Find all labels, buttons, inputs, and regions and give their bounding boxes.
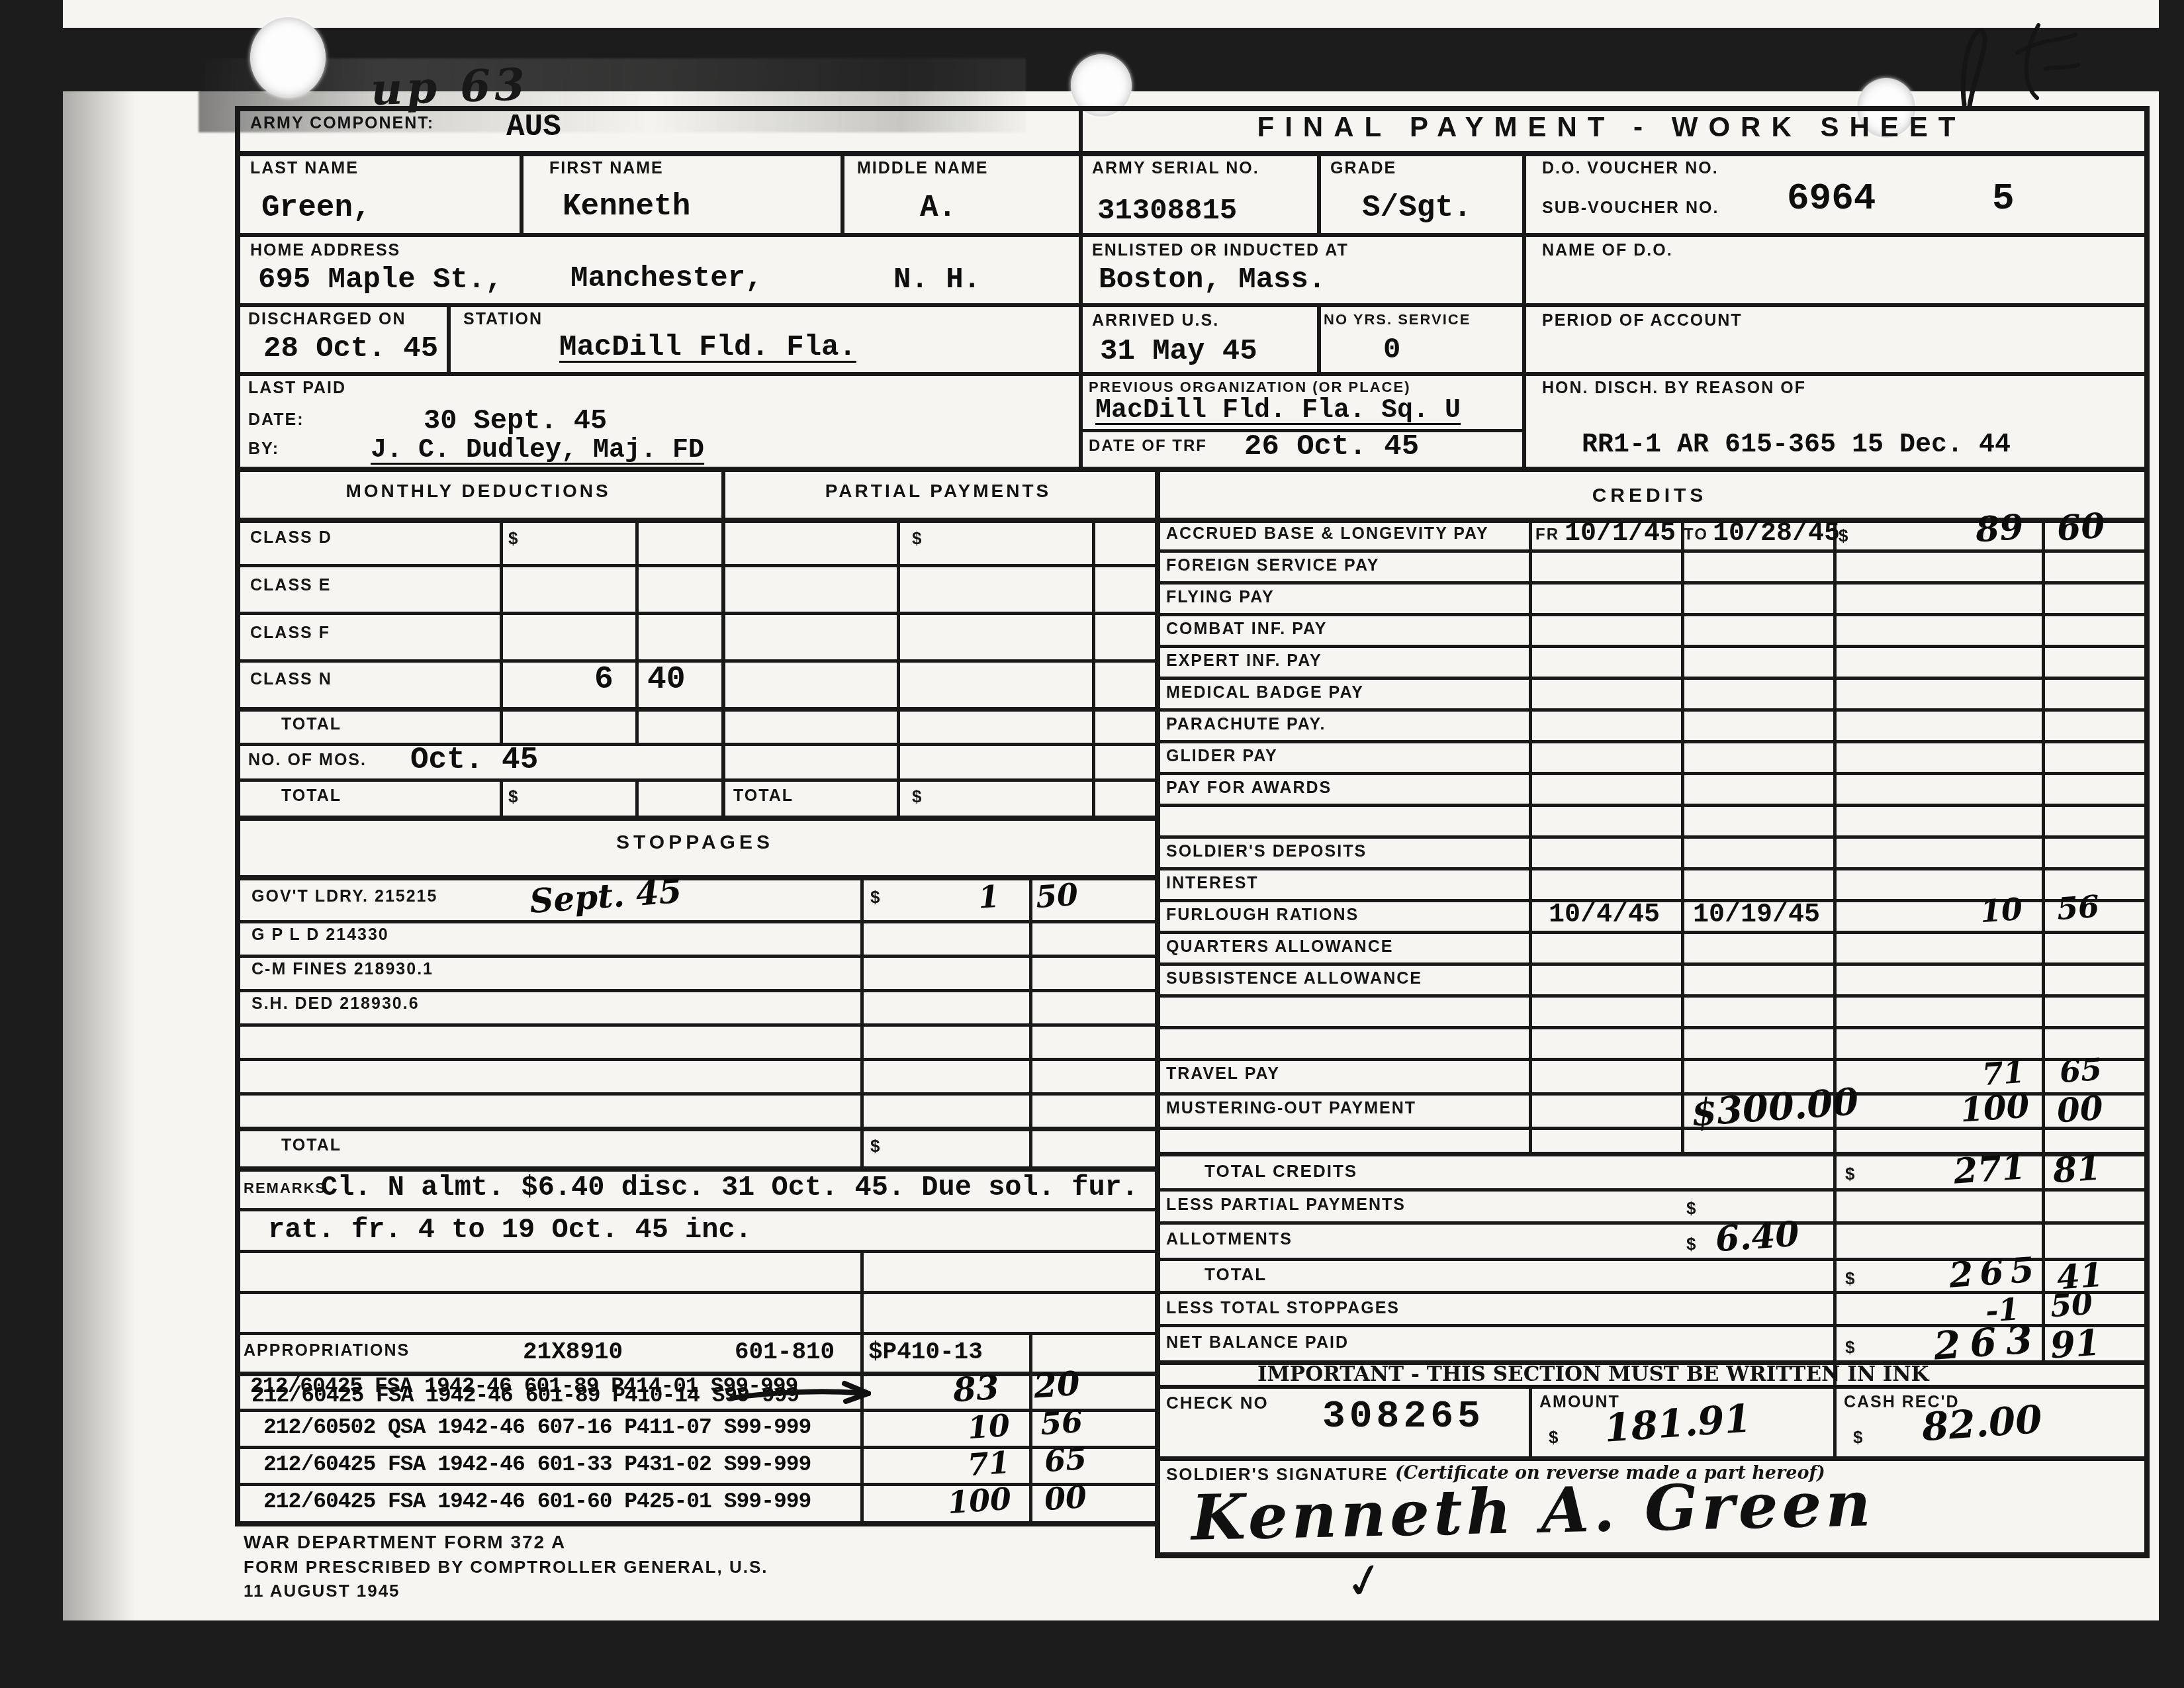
appropriation-code-2: 601-810 [735,1338,835,1366]
cash-dollar-sign: $ [1853,1427,1864,1448]
last-paid-date-label: DATE: [248,410,304,430]
handwritten-corner-mark [1939,5,2105,111]
rule-line [635,778,639,818]
footer-form-number: WAR DEPARTMENT FORM 372 A [244,1532,566,1553]
rule-line [235,920,1155,923]
less-stoppages-label: LESS TOTAL STOPPAGES [1166,1299,1400,1318]
accrued-to-label: TO [1684,526,1708,544]
discharged-label: DISCHARGED ON [248,310,406,329]
deductions-total-dollar: $ [508,786,519,807]
allotments-dollar: $ [1686,1234,1697,1254]
class-n-amount: 6 [594,662,614,698]
credit-row-label: COMBAT INF. PAY [1166,620,1327,639]
less-partial-label: LESS PARTIAL PAYMENTS [1166,1196,1406,1215]
furlough-cents: 56 [2056,888,2101,927]
arrived-value: 31 May 45 [1100,335,1257,368]
accrued-amount: 89 [1974,507,2025,551]
rule-line [1155,677,2148,680]
rule-line [841,151,844,233]
stoppage-dollar-sign: $ [870,887,881,908]
appropriation-amount: 100 [946,1481,1013,1521]
scan-left-band [0,0,63,1688]
remarks-line-1: Cl. N almt. $6.40 disc. 31 Oct. 45. Due … [321,1172,1138,1203]
rule-line [635,518,639,746]
rule-line [500,778,503,818]
sub-voucher-value-2: 5 [1992,177,2015,220]
rule-line [1079,106,1083,467]
rule-line [721,467,725,820]
station-value: MacDill Fld. Fla. [559,331,856,364]
rule-line [235,1446,1155,1449]
net-balance-amount: 263 [1933,1316,2043,1368]
stoppage-row-desc: S.H. DED 218930.6 [251,994,420,1013]
date-trf-value: 26 Oct. 45 [1244,430,1419,463]
rule-line [860,875,864,1170]
middle-name-value: A. [920,191,956,225]
enlisted-value: Boston, Mass. [1099,263,1326,297]
rule-line [1092,518,1095,818]
class-f-label: CLASS F [250,624,330,643]
rule-line [897,518,900,818]
mustering-cents: 00 [2056,1088,2105,1131]
rule-line [235,816,1155,821]
sub-voucher-label: SUB-VOUCHER NO. [1542,199,1719,218]
rule-line [1317,151,1321,233]
quarters-allowance-label: QUARTERS ALLOWANCE [1166,937,1393,957]
furlough-date-2: 10/19/45 [1693,900,1820,930]
prev-org-value: MacDill Fld. Fla. Sq. U [1095,396,1461,426]
rule-line [2144,106,2150,1556]
appropriation-line: 212/60425 FSA 1942-46 601-60 P425-01 S99… [263,1489,811,1514]
class-n-cents: 40 [647,662,686,698]
credit-row-label: MEDICAL BADGE PAY [1166,683,1364,702]
period-label: PERIOD OF ACCOUNT [1542,311,1743,330]
rule-line [1029,1332,1032,1523]
total-credits-cents: 81 [2052,1148,2102,1192]
total-credits-label: TOTAL CREDITS [1205,1161,1357,1182]
discharged-value: 28 Oct. 45 [263,332,438,365]
footer-prescribed: FORM PRESCRIBED BY COMPTROLLER GENERAL, … [244,1557,768,1577]
stoppage-cents: 50 [1034,876,1079,915]
interest-label: INTEREST [1166,874,1259,893]
street-value: 695 Maple St., [258,263,503,297]
rule-line [500,518,503,746]
rule-line [1155,1552,2150,1558]
rule-line [1155,549,2148,553]
scan-right-band [2159,0,2184,1688]
rule-line [235,518,2150,523]
rule-line [235,778,1155,782]
enlisted-label: ENLISTED OR INDUCTED AT [1092,241,1349,260]
rule-line [1681,518,1684,1152]
rule-line [1155,740,2148,743]
rule-line [235,1483,1155,1486]
credit-row-label: GLIDER PAY [1166,747,1278,766]
rule-line [1155,867,2148,870]
furlough-date-1: 10/4/45 [1549,900,1660,930]
appropriation-cents: 20 [1032,1364,1081,1406]
first-name-label: FIRST NAME [549,159,664,178]
scanned-document: up 63 [0,0,2184,1688]
partial-dollar-sign: $ [912,528,923,549]
subsistence-allowance-label: SUBSISTENCE ALLOWANCE [1166,969,1422,988]
credit-row-label: FLYING PAY [1166,588,1275,607]
rule-line [1317,303,1321,372]
rule-line [235,989,1155,992]
rule-line [235,743,1155,746]
appropriation-code-3: $P410-13 [868,1338,983,1366]
footer-date: 11 AUGUST 1945 [244,1581,400,1601]
credits-title: CREDITS [1155,485,2144,507]
rule-line [447,303,451,372]
grade-value: S/Sgt. [1362,191,1472,225]
accrued-to-date: 10/28/45 [1713,519,1840,549]
rule-line [1155,994,2148,998]
serial-value: 31308815 [1097,195,1237,228]
net-balance-dollar: $ [1845,1337,1856,1358]
rule-line [235,1291,1155,1294]
appropriation-amount: 10 [966,1407,1011,1446]
rule-line [1155,1221,2148,1225]
last-paid-date: 30 Sept. 45 [424,405,607,437]
cash-recd-value: 82.00 [1921,1397,2044,1450]
rule-line [235,955,1155,958]
rule-line [1155,772,2148,775]
important-notice: IMPORTANT - THIS SECTION MUST BE WRITTEN… [1257,1362,1929,1386]
rule-line [1529,518,1532,1152]
credit-row-label: EXPERT INF. PAY [1166,651,1322,671]
yrs-service-label: NO YRS. SERVICE [1324,311,1471,328]
rule-line [1155,1026,2148,1029]
rule-line [235,1023,1155,1027]
allotments-value: 6.40 [1714,1214,1801,1260]
remarks-label: REMARKS [244,1180,326,1197]
rule-line [235,233,2150,237]
stoppages-total-dollar: $ [870,1136,881,1156]
total-credits-dollar: $ [1845,1164,1856,1184]
rule-line [1155,613,2148,616]
stoppage-amount: 1 [977,878,1001,915]
appropriations-label: APPROPRIATIONS [244,1341,410,1360]
rule-line [235,303,2150,307]
rule-line [235,1127,1155,1131]
class-d-label: CLASS D [250,528,332,547]
rule-line [235,1092,1155,1096]
grade-label: GRADE [1330,159,1396,178]
credit-row-label: PARACHUTE PAY. [1166,715,1326,734]
army-component-label: ARMY COMPONENT: [250,114,434,133]
rule-line [235,564,1155,567]
soldier-signature: Kenneth A. Green [1191,1468,1876,1555]
home-address-label: HOME ADDRESS [250,241,400,260]
stoppages-total-label: TOTAL [281,1136,341,1155]
class-n-label: CLASS N [250,670,332,689]
last-name-label: LAST NAME [250,159,359,178]
middle-name-label: MIDDLE NAME [857,159,988,178]
stoppage-row-desc: C-M FINES 218930.1 [251,960,433,979]
class-e-label: CLASS E [250,576,331,595]
accrued-fr-label: FR [1535,526,1559,544]
appropriation-cents: 65 [1043,1440,1088,1479]
accrued-from-date: 10/1/45 [1565,519,1676,549]
partial-total-dollar: $ [912,786,923,807]
handwritten-arrow [728,1376,893,1411]
do-voucher-label: D.O. VOUCHER NO. [1542,159,1719,178]
deductions-total-label: TOTAL [281,786,341,806]
rule-line [1155,1456,2148,1461]
accrued-dollar-sign: $ [1839,526,1849,546]
sub-voucher-value: 6964 [1787,177,1876,220]
appropriation-line: 212/60425 FSA 1942-46 601-33 P431-02 S99… [263,1452,811,1477]
punch-hole [250,17,326,98]
deductions-title: MONTHLY DEDUCTIONS [235,481,721,502]
station-label: STATION [463,310,543,329]
state-value: N. H. [893,263,981,297]
partial-total-label: TOTAL [733,786,794,806]
amount-dollar-sign: $ [1549,1427,1559,1448]
stoppage-row-desc: G P L D 214330 [251,925,389,945]
rule-line [1155,581,2148,585]
date-trf-label: DATE OF TRF [1089,437,1207,455]
form-title: FINAL PAYMENT - WORK SHEET [1079,111,2144,143]
rule-line [235,1332,1155,1335]
arrived-label: ARRIVED U.S. [1092,311,1219,330]
rule-line [235,659,1155,663]
rule-line [1155,962,2148,966]
stoppages-title: STOPPAGES [235,831,1155,854]
net-balance-cents: 91 [2049,1321,2101,1366]
remarks-line-2: rat. fr. 4 to 19 Oct. 45 inc. [268,1214,752,1246]
city-value: Manchester, [570,262,762,295]
deductions-subtotal-label: TOTAL [281,715,341,734]
partial-payments-title: PARTIAL PAYMENTS [721,481,1155,502]
no-of-mos-value: Oct. 45 [410,743,538,777]
credits-total-dollar: $ [1845,1268,1856,1289]
soldiers-deposits-label: SOLDIER'S DEPOSITS [1166,842,1367,861]
furlough-amount: 10 [1979,891,2024,929]
travel-pay-label: TRAVEL PAY [1166,1064,1280,1084]
last-paid-label: LAST PAID [248,379,346,398]
first-name-value: Kenneth [563,189,690,224]
check-no-value: 308265 [1322,1395,1484,1438]
rule-line [235,612,1155,615]
last-paid-by: J. C. Dudley, Maj. FD [371,436,704,465]
credits-total-amount: 265 [1948,1249,2042,1296]
rule-line [1029,875,1032,1170]
check-no-label: CHECK NO [1166,1393,1269,1413]
accrued-cents: 60 [2056,506,2106,549]
rule-line [235,1409,1155,1412]
appropriation-cents: 00 [1043,1479,1088,1517]
rule-line [235,1250,1155,1253]
serial-label: ARMY SERIAL NO. [1092,159,1259,178]
rule-line [1529,1385,1532,1456]
rule-line [235,1521,1160,1526]
total-credits-amount: 271 [1952,1147,2027,1192]
appropriation-struck-line: 212/60425 FSA 1942-46 601-89 P410-14 S99… [251,1383,799,1408]
travel-cents: 65 [2058,1051,2103,1090]
rule-line [1155,708,2148,712]
rule-line [1155,1127,2148,1130]
appropriation-amount: 71 [966,1444,1011,1483]
rule-line [1155,645,2148,648]
hon-disch-value: RR1-1 AR 615-365 15 Dec. 44 [1582,430,2011,460]
appropriation-amount: 83 [952,1368,1001,1410]
no-of-mos-label: NO. OF MOS. [248,751,367,770]
rule-line [235,106,240,1524]
appropriation-line: 212/60502 QSA 1942-46 607-16 P411-07 S99… [263,1415,811,1440]
rule-line [1155,931,2148,934]
mustering-amount: 100 [1959,1086,2030,1129]
hon-disch-label: HON. DISCH. BY REASON OF [1542,379,1806,398]
rule-line [235,707,1155,712]
prev-org-label: PREVIOUS ORGANIZATION (OR PLACE) [1089,379,1411,396]
rule-line [1833,518,1837,1456]
rule-line [235,372,2150,376]
yrs-service-value: 0 [1383,334,1400,367]
credit-row-label: PAY FOR AWARDS [1166,778,1332,798]
rule-line [235,1166,1155,1172]
rule-line [1155,804,2148,807]
appropriation-cents: 56 [1039,1403,1084,1442]
furlough-rations-label: FURLOUGH RATIONS [1166,906,1359,925]
rule-line [235,1208,1155,1211]
name-of-do-label: NAME OF D.O. [1542,241,1673,260]
net-balance-label: NET BALANCE PAID [1166,1333,1349,1352]
scan-bottom-band [0,1620,2184,1688]
rule-line [2042,518,2045,1360]
less-stoppages-cents: 50 [2049,1286,2094,1324]
stoppage-row-desc: GOV'T LDRY. 215215 [251,887,437,906]
class-d-dollar-sign: $ [508,528,519,549]
credits-total-label: TOTAL [1205,1264,1267,1285]
mustering-out-label: MUSTERING-OUT PAYMENT [1166,1099,1416,1118]
rule-line [235,467,2150,472]
rule-line [520,151,523,233]
appropriation-code-1: 21X8910 [523,1338,623,1366]
scan-edge-shadow [63,86,136,1620]
allotments-label: ALLOTMENTS [1166,1230,1293,1249]
rule-line [1155,835,2148,839]
accrued-pay-label: ACCRUED BASE & LONGEVITY PAY [1166,524,1489,543]
army-component-value: AUS [506,110,561,144]
rule-line [1155,467,1160,1552]
last-name-value: Green, [261,191,371,225]
rule-line [1522,151,1526,467]
rule-line [235,875,1155,880]
less-partial-dollar: $ [1686,1198,1697,1219]
rule-line [235,1058,1155,1061]
last-paid-by-label: BY: [248,440,279,459]
credit-row-label: FOREIGN SERVICE PAY [1166,556,1379,575]
